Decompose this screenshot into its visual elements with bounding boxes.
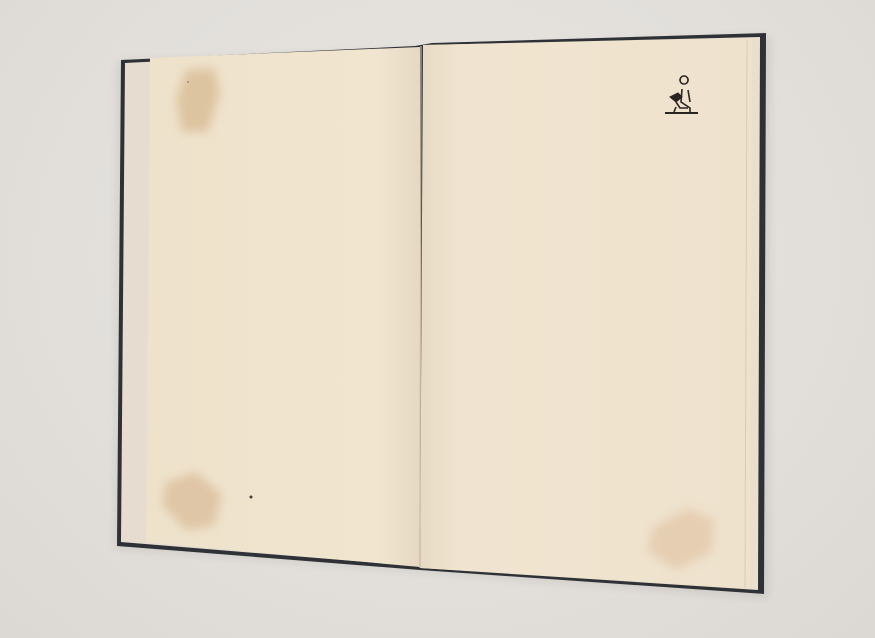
background-surface <box>0 0 875 638</box>
right-page <box>420 38 752 588</box>
speck <box>187 81 189 83</box>
speck <box>250 496 253 499</box>
open-book <box>0 0 875 638</box>
